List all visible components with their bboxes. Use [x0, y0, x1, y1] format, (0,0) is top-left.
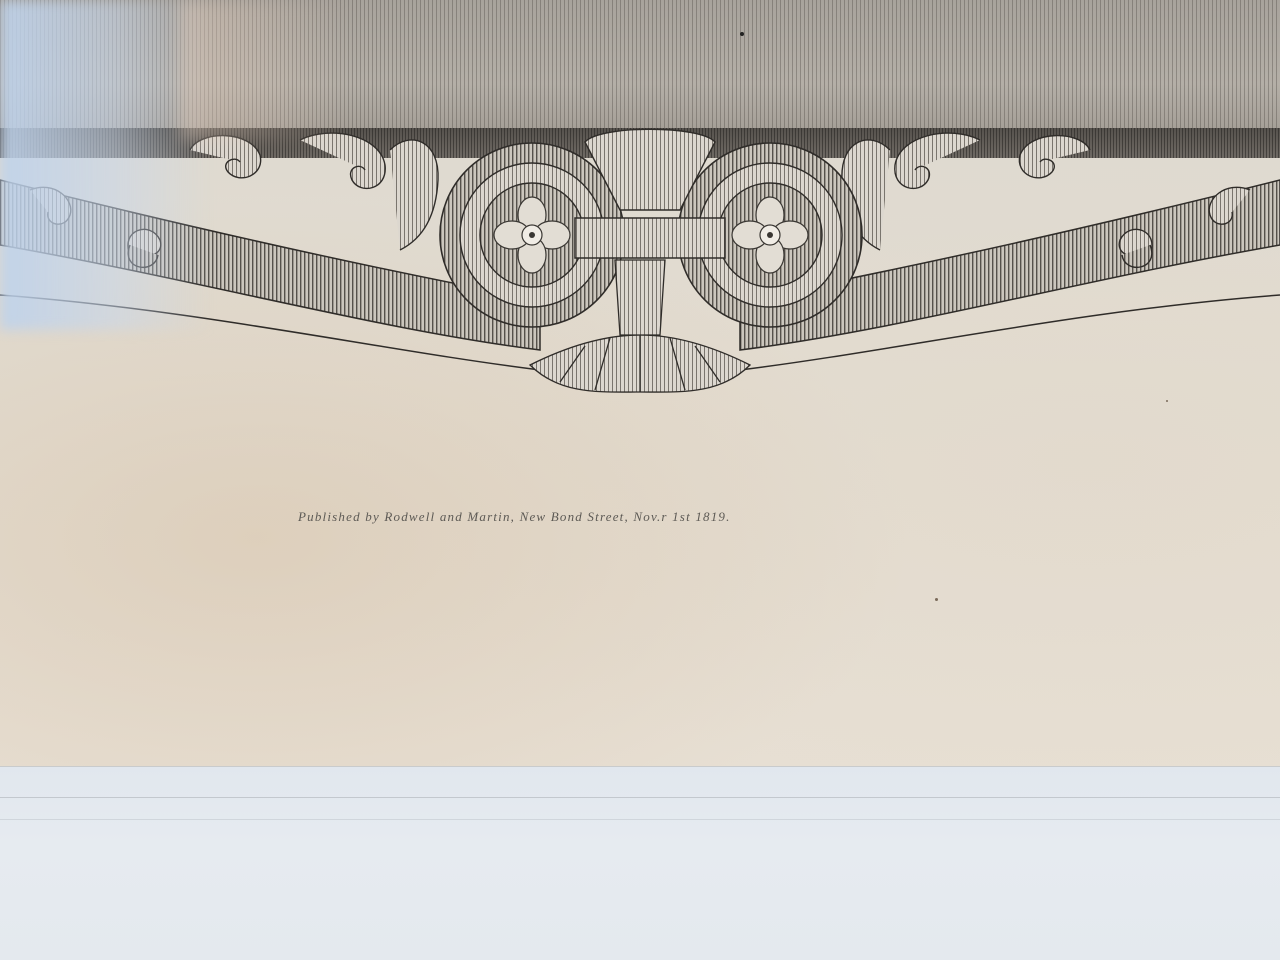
glass-reflection-secondary — [180, 0, 350, 140]
publisher-caption: Published by Rodwell and Martin, New Bon… — [298, 509, 1038, 525]
ink-spot — [740, 32, 744, 36]
foxing-spot — [935, 598, 938, 601]
connecting-bar — [575, 218, 725, 258]
engraving-photograph: Published by Rodwell and Martin, New Bon… — [0, 0, 1280, 960]
mount-bevel-line — [0, 797, 1280, 798]
foxing-spot — [1166, 400, 1168, 402]
mount-bevel-line — [0, 819, 1280, 820]
glass-reflection — [0, 0, 210, 330]
mount-board — [0, 766, 1280, 960]
